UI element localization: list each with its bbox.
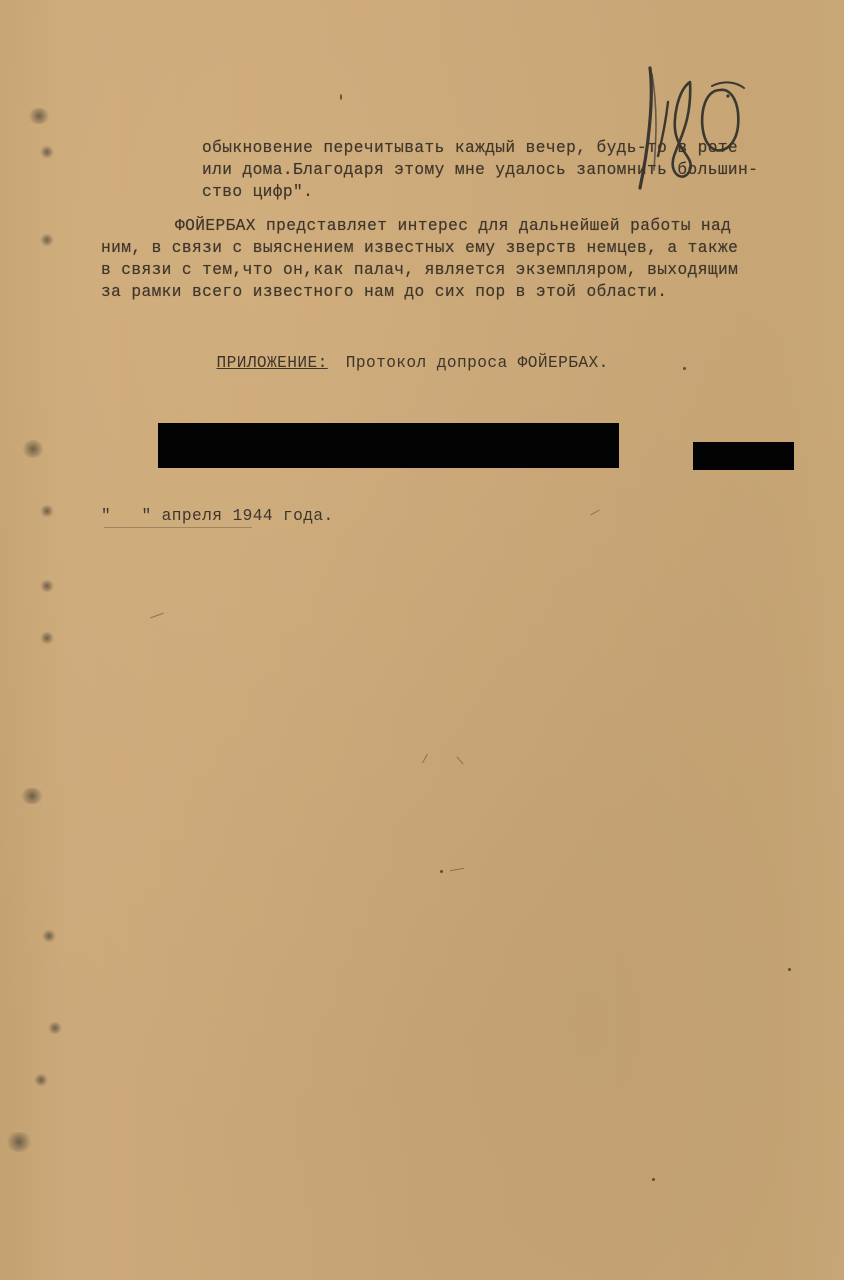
paper-speck	[788, 968, 791, 971]
text-line: ство цифр".	[202, 181, 313, 203]
text-line: ФОЙЕРБАХ представляет интерес для дальне…	[175, 215, 731, 237]
text-line: или дома.Благодаря этому мне удалось зап…	[202, 159, 758, 181]
paper-speck	[652, 1178, 655, 1181]
text-line: ним, в связи с выяснением известных ему …	[101, 237, 738, 259]
punch-hole	[40, 234, 54, 246]
redaction-bar-signature	[693, 442, 794, 470]
paper-fiber	[422, 754, 428, 763]
document-date: " " апреля 1944 года.	[101, 505, 334, 527]
text-line: обыкновение перечитывать каждый вечер, б…	[202, 137, 738, 159]
paper-fiber	[456, 756, 463, 764]
redaction-bar-name	[158, 423, 619, 468]
paper-fiber	[150, 613, 163, 619]
text-line: в связи с тем,что он,как палач, является…	[101, 259, 738, 281]
punch-hole	[22, 440, 44, 458]
document-page: обыкновение перечитывать каждый вечер, б…	[0, 0, 844, 1280]
punch-hole	[40, 505, 54, 517]
punch-hole	[28, 108, 50, 124]
paper-fiber	[590, 510, 599, 516]
punch-hole	[48, 1022, 62, 1034]
punch-hole	[40, 580, 54, 592]
punch-hole	[40, 146, 54, 158]
attachment-label: ПРИЛОЖЕНИЕ:	[216, 354, 327, 372]
text-line: за рамки всего известного нам до сих пор…	[101, 281, 667, 303]
punch-hole	[40, 632, 54, 644]
paper-speck	[440, 870, 443, 873]
punch-hole	[34, 1074, 48, 1086]
punch-hole	[20, 788, 44, 804]
punch-hole	[6, 1132, 32, 1152]
paper-speck	[683, 367, 686, 370]
paper-fiber	[450, 868, 464, 871]
punch-hole	[42, 930, 56, 942]
attachment-text: Протокол допроса ФОЙЕРБАХ.	[346, 354, 609, 372]
attachment-line: ПРИЛОЖЕНИЕ:Протокол допроса ФОЙЕРБАХ.	[176, 330, 609, 396]
paper-speck	[340, 94, 342, 100]
date-underline	[104, 527, 252, 528]
